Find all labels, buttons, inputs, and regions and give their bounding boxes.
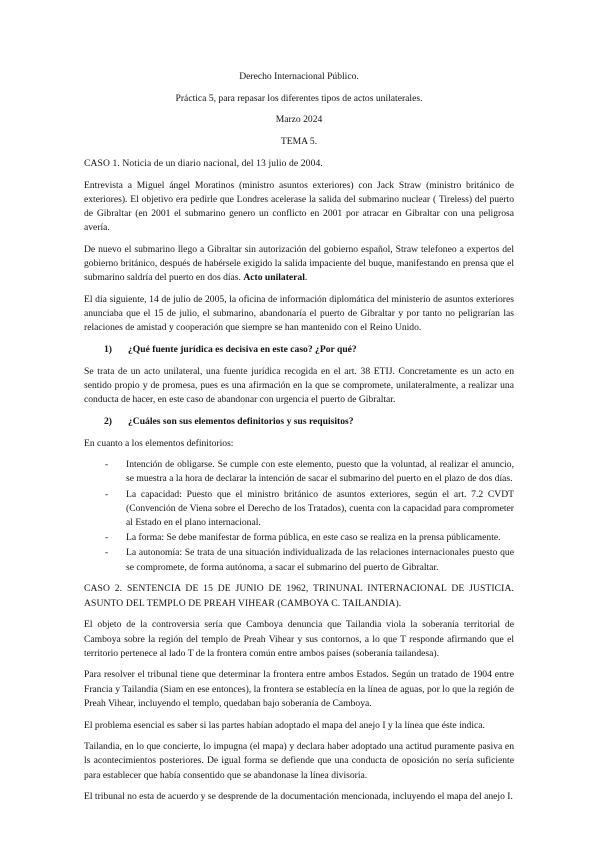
question-number: 1) [104,343,128,357]
case2-heading: CASO 2. SENTENCIA DE 15 DE JUNIO DE 1962… [84,582,514,610]
case1-paragraph-with-tag: De nuevo el submarino llego a Gibraltar … [84,243,514,286]
list-item: -La autonomía: Se trata de una situación… [84,546,514,574]
document-date: Marzo 2024 [84,113,514,127]
course-title: Derecho Internacional Público. [84,70,514,84]
question-number: 2) [104,415,128,429]
tag-suffix: . [305,272,307,283]
dash-bullet-icon: - [105,546,108,560]
topic-label: TEMA 5. [84,135,514,149]
acto-unilateral-tag: Acto unilateral [243,272,305,283]
definitory-elements-list: -Intención de obligarse. Se cumple con e… [84,458,514,575]
case2-paragraph: El tribunal no esta de acuerdo y se desp… [84,790,514,804]
dash-bullet-icon: - [105,488,108,502]
list-item-text: La capacidad: Puesto que el ministro bri… [126,489,514,528]
question-text: ¿Cuáles son sus elementos definitorios y… [128,415,354,429]
dash-bullet-icon: - [105,458,108,472]
list-item: -La forma: Se debe manifestar de forma p… [84,531,514,545]
practice-subtitle: Práctica 5, para repasar los diferentes … [84,92,514,106]
question-1: 1) ¿Qué fuente jurídica es decisiva en e… [84,343,514,357]
case1-paragraph: Entrevista a Miguel ángel Moratinos (min… [84,179,514,236]
list-item: -La capacidad: Puesto que el ministro br… [84,488,514,531]
list-item: -Intención de obligarse. Se cumple con e… [84,458,514,486]
list-item-text: La forma: Se debe manifestar de forma pú… [126,532,501,543]
answer-2-intro: En cuanto a los elementos definitorios: [84,437,514,451]
list-item-text: Intención de obligarse. Se cumple con es… [126,459,514,484]
list-item-text: La autonomía: Se trata de una situación … [126,547,514,572]
question-text: ¿Qué fuente jurídica es decisiva en este… [128,343,357,357]
case2-paragraph: Tailandia, en lo que concierte, lo impug… [84,740,514,783]
case1-paragraph: El día siguiente, 14 de julio de 2005, l… [84,293,514,336]
question-2: 2) ¿Cuáles son sus elementos definitorio… [84,415,514,429]
answer-1: Se trata de un acto unilateral, una fuen… [84,365,514,408]
case1-heading: CASO 1. Noticia de un diario nacional, d… [84,157,514,171]
case2-paragraph: El problema esencial es saber si las par… [84,719,514,733]
dash-bullet-icon: - [105,531,108,545]
case2-paragraph: El objeto de la controversia sería que C… [84,618,514,661]
document-page: Derecho Internacional Público. Práctica … [84,70,514,812]
case2-paragraph: Para resolver el tribunal tiene que dete… [84,668,514,711]
